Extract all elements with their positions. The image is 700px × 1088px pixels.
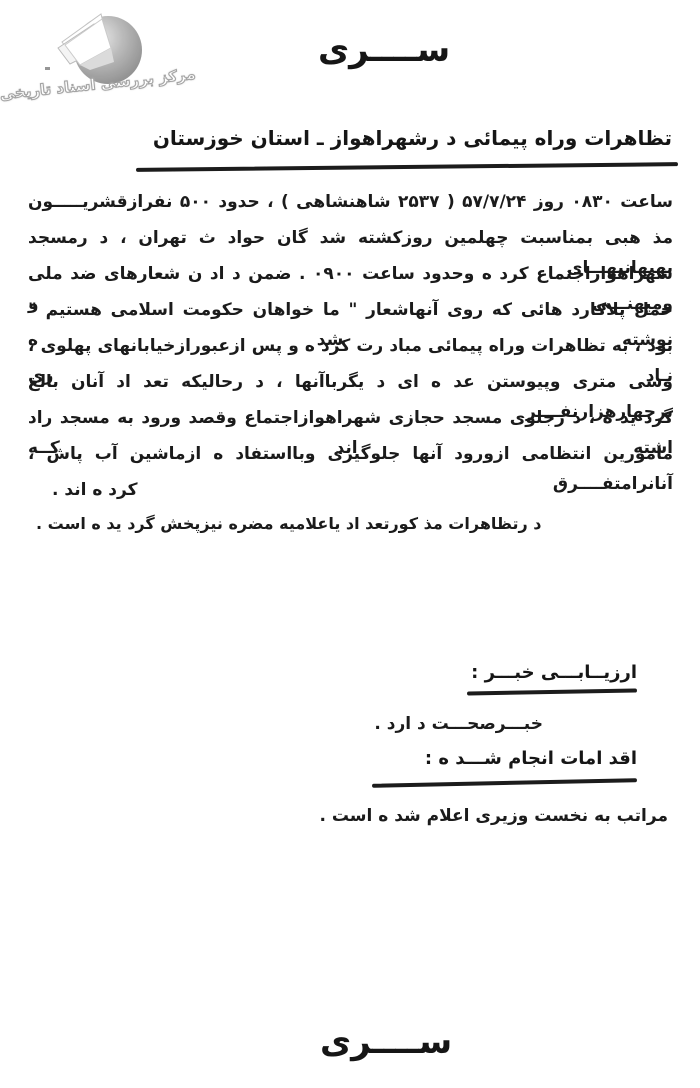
title-underline (136, 162, 678, 172)
body-line: وسی متری وپیوستن عد ه ای د یگرباآنها ، د… (28, 367, 673, 403)
actions-heading: اقد امات انجام شـــد ه : (425, 748, 637, 769)
leaflet-note: د رتظاهرات مذ کورتعد اد یاعلامیه مضره نی… (36, 514, 542, 533)
report-body: ساعت ۰۸۳۰ روز ۵۷/۷/۲۴ ( ۲۵۳۷ شاهنشاهی ) … (28, 187, 673, 511)
body-line: حمل پلاکارد هائی که روی آنهاشعار " ما خو… (28, 295, 673, 331)
actions-underline (372, 778, 637, 787)
document-title: تظاهرات وراه پیمائی د رشهراهواز ـ استان … (153, 126, 672, 150)
evaluation-heading: ارزیــابـــی خبـــر : (471, 662, 637, 683)
body-line: گرد ید ه ، د رجلوی مسجد حجازی شهراهوازاج… (28, 403, 673, 439)
body-line: ساعت ۰۸۳۰ روز ۵۷/۷/۲۴ ( ۲۵۳۷ شاهنشاهی ) … (28, 187, 673, 223)
evaluation-body: خبـــرصحـــت د ارد . (374, 714, 543, 734)
evaluation-underline (467, 689, 637, 695)
body-line: مامورین انتظامی ازورود آنها جلوگیری وباا… (28, 439, 673, 475)
document-page: مرکز بررسی اسناد تاریخی ســــری تظاهرات … (0, 0, 700, 1088)
body-line: شهراهوازاجتماع کرد ه وحدود ساعت ۰۹۰۰ . ض… (28, 259, 673, 295)
body-line: بود ، به تظاهرات وراه پیمائی مباد رت کرد… (28, 331, 673, 367)
classification-stamp-bottom: ســــری (320, 1022, 452, 1062)
archive-watermark: مرکز بررسی اسناد تاریخی (18, 4, 203, 114)
classification-stamp-top: ســــری (318, 30, 450, 70)
body-line: مذ هبی بمناسبت چهلمین روزکشته شد گان حوا… (28, 223, 673, 259)
actions-body: مراتب به نخست وزیری اعلام شد ه است . (319, 806, 668, 826)
